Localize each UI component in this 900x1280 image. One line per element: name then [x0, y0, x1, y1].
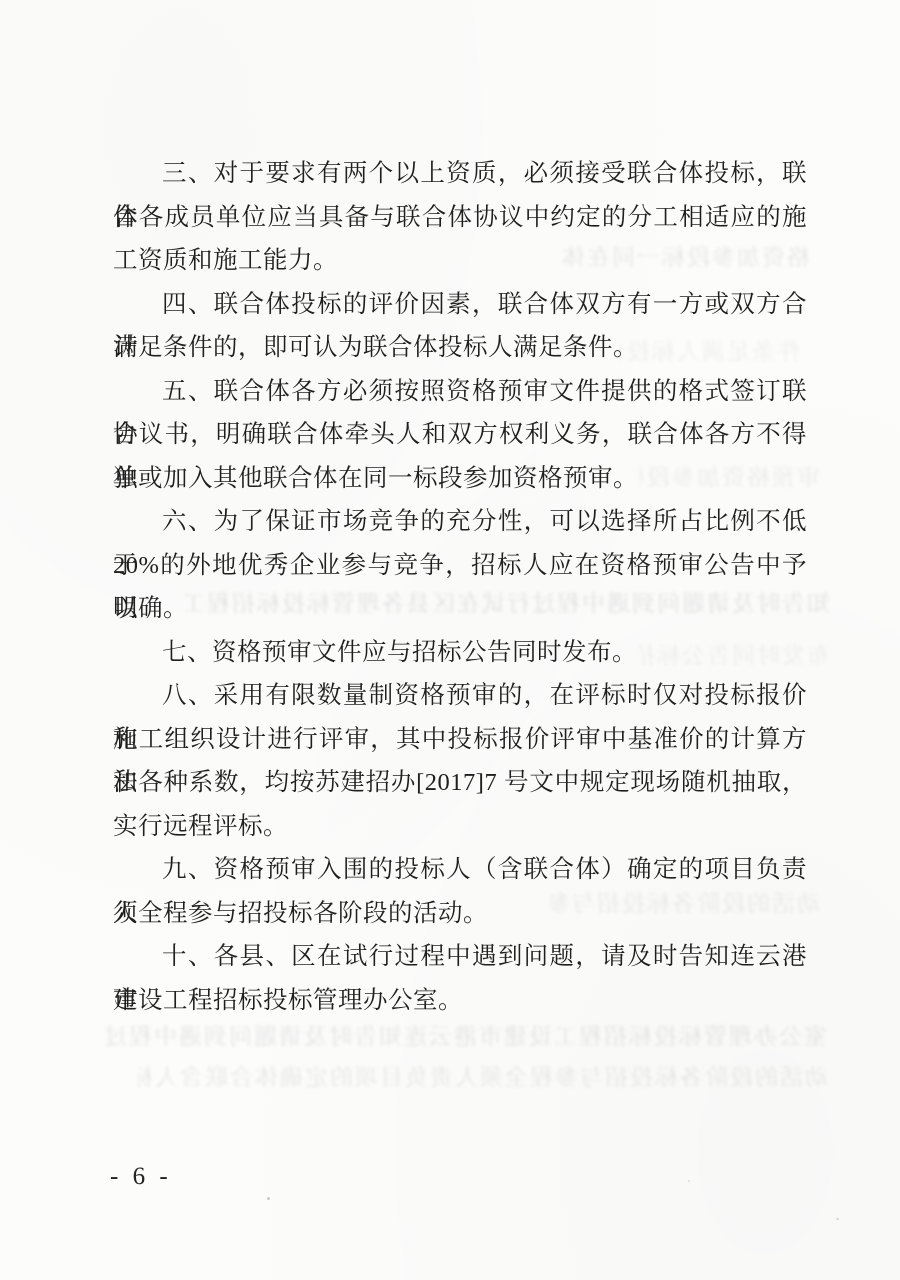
- bleedthrough-line: 动活的段阶各标投招与参程全须人责负目项的定确体合联含人标投的围入审预格资: [138, 1066, 828, 1090]
- page-number: - 6 -: [110, 1163, 172, 1191]
- text-line: 满足条件的，即可认为联合体投标人满足条件。: [113, 326, 807, 370]
- text-line: 施工组织设计进行评审，其中投标报价评审中基准价的计算方法: [113, 718, 807, 762]
- document-body: 三、对于要求有两个以上资质，必须接受联合体投标，联合 体各成员单位应当具备与联合…: [113, 152, 807, 1022]
- text-line: 须全程参与招投标各阶段的活动。: [113, 892, 807, 936]
- text-line: 八、采用有限数量制资格预审的，在评标时仅对投标报价和: [113, 674, 807, 718]
- text-line: 体各成员单位应当具备与联合体协议中约定的分工相适应的施: [113, 196, 807, 240]
- text-line: 建设工程招标投标管理办公室。: [113, 979, 807, 1023]
- text-line: 实行远程评标。: [113, 805, 807, 849]
- text-line: 九、资格预审入围的投标人（含联合体）确定的项目负责人: [113, 848, 807, 892]
- scan-speck: [836, 1218, 839, 1220]
- text-line: 五、联合体各方必须按照资格预审文件提供的格式签订联合: [113, 370, 807, 414]
- text-line: 明确。: [113, 587, 807, 631]
- text-line: 协议书，明确联合体牵头人和双方权利义务，联合体各方不得单: [113, 413, 807, 457]
- text-line: 和各种系数，均按苏建招办[2017]7 号文中规定现场随机抽取，: [113, 761, 807, 805]
- text-line: 七、资格预审文件应与招标公告同时发布。: [113, 631, 807, 675]
- text-line: 十、各县、区在试行过程中遇到问题，请及时告知连云港市: [113, 935, 807, 979]
- text-line: 独或加入其他联合体在同一标段参加资格预审。: [113, 457, 807, 501]
- text-line: 20%的外地优秀企业参与竞争，招标人应在资格预审公告中予以: [113, 544, 807, 588]
- bleedthrough-line: 室公办理管标投标招程工设建市港云连知告时及请题问到遇中程过行试在区县各十: [105, 1025, 827, 1049]
- text-line: 三、对于要求有两个以上资质，必须接受联合体投标，联合: [113, 152, 807, 196]
- text-line: 四、联合体投标的评价因素，联合体双方有一方或双方合计: [113, 283, 807, 327]
- text-line: 工资质和施工能力。: [113, 239, 807, 283]
- scan-speck: [267, 1197, 270, 1200]
- document-page: 格资加参段标一同在体合联他 件条足满人标投体合联 审预格资加参段标一同在体 知告…: [0, 0, 900, 1280]
- scan-speck: [688, 1180, 690, 1182]
- text-line: 六、为了保证市场竞争的充分性，可以选择所占比例不低于: [113, 500, 807, 544]
